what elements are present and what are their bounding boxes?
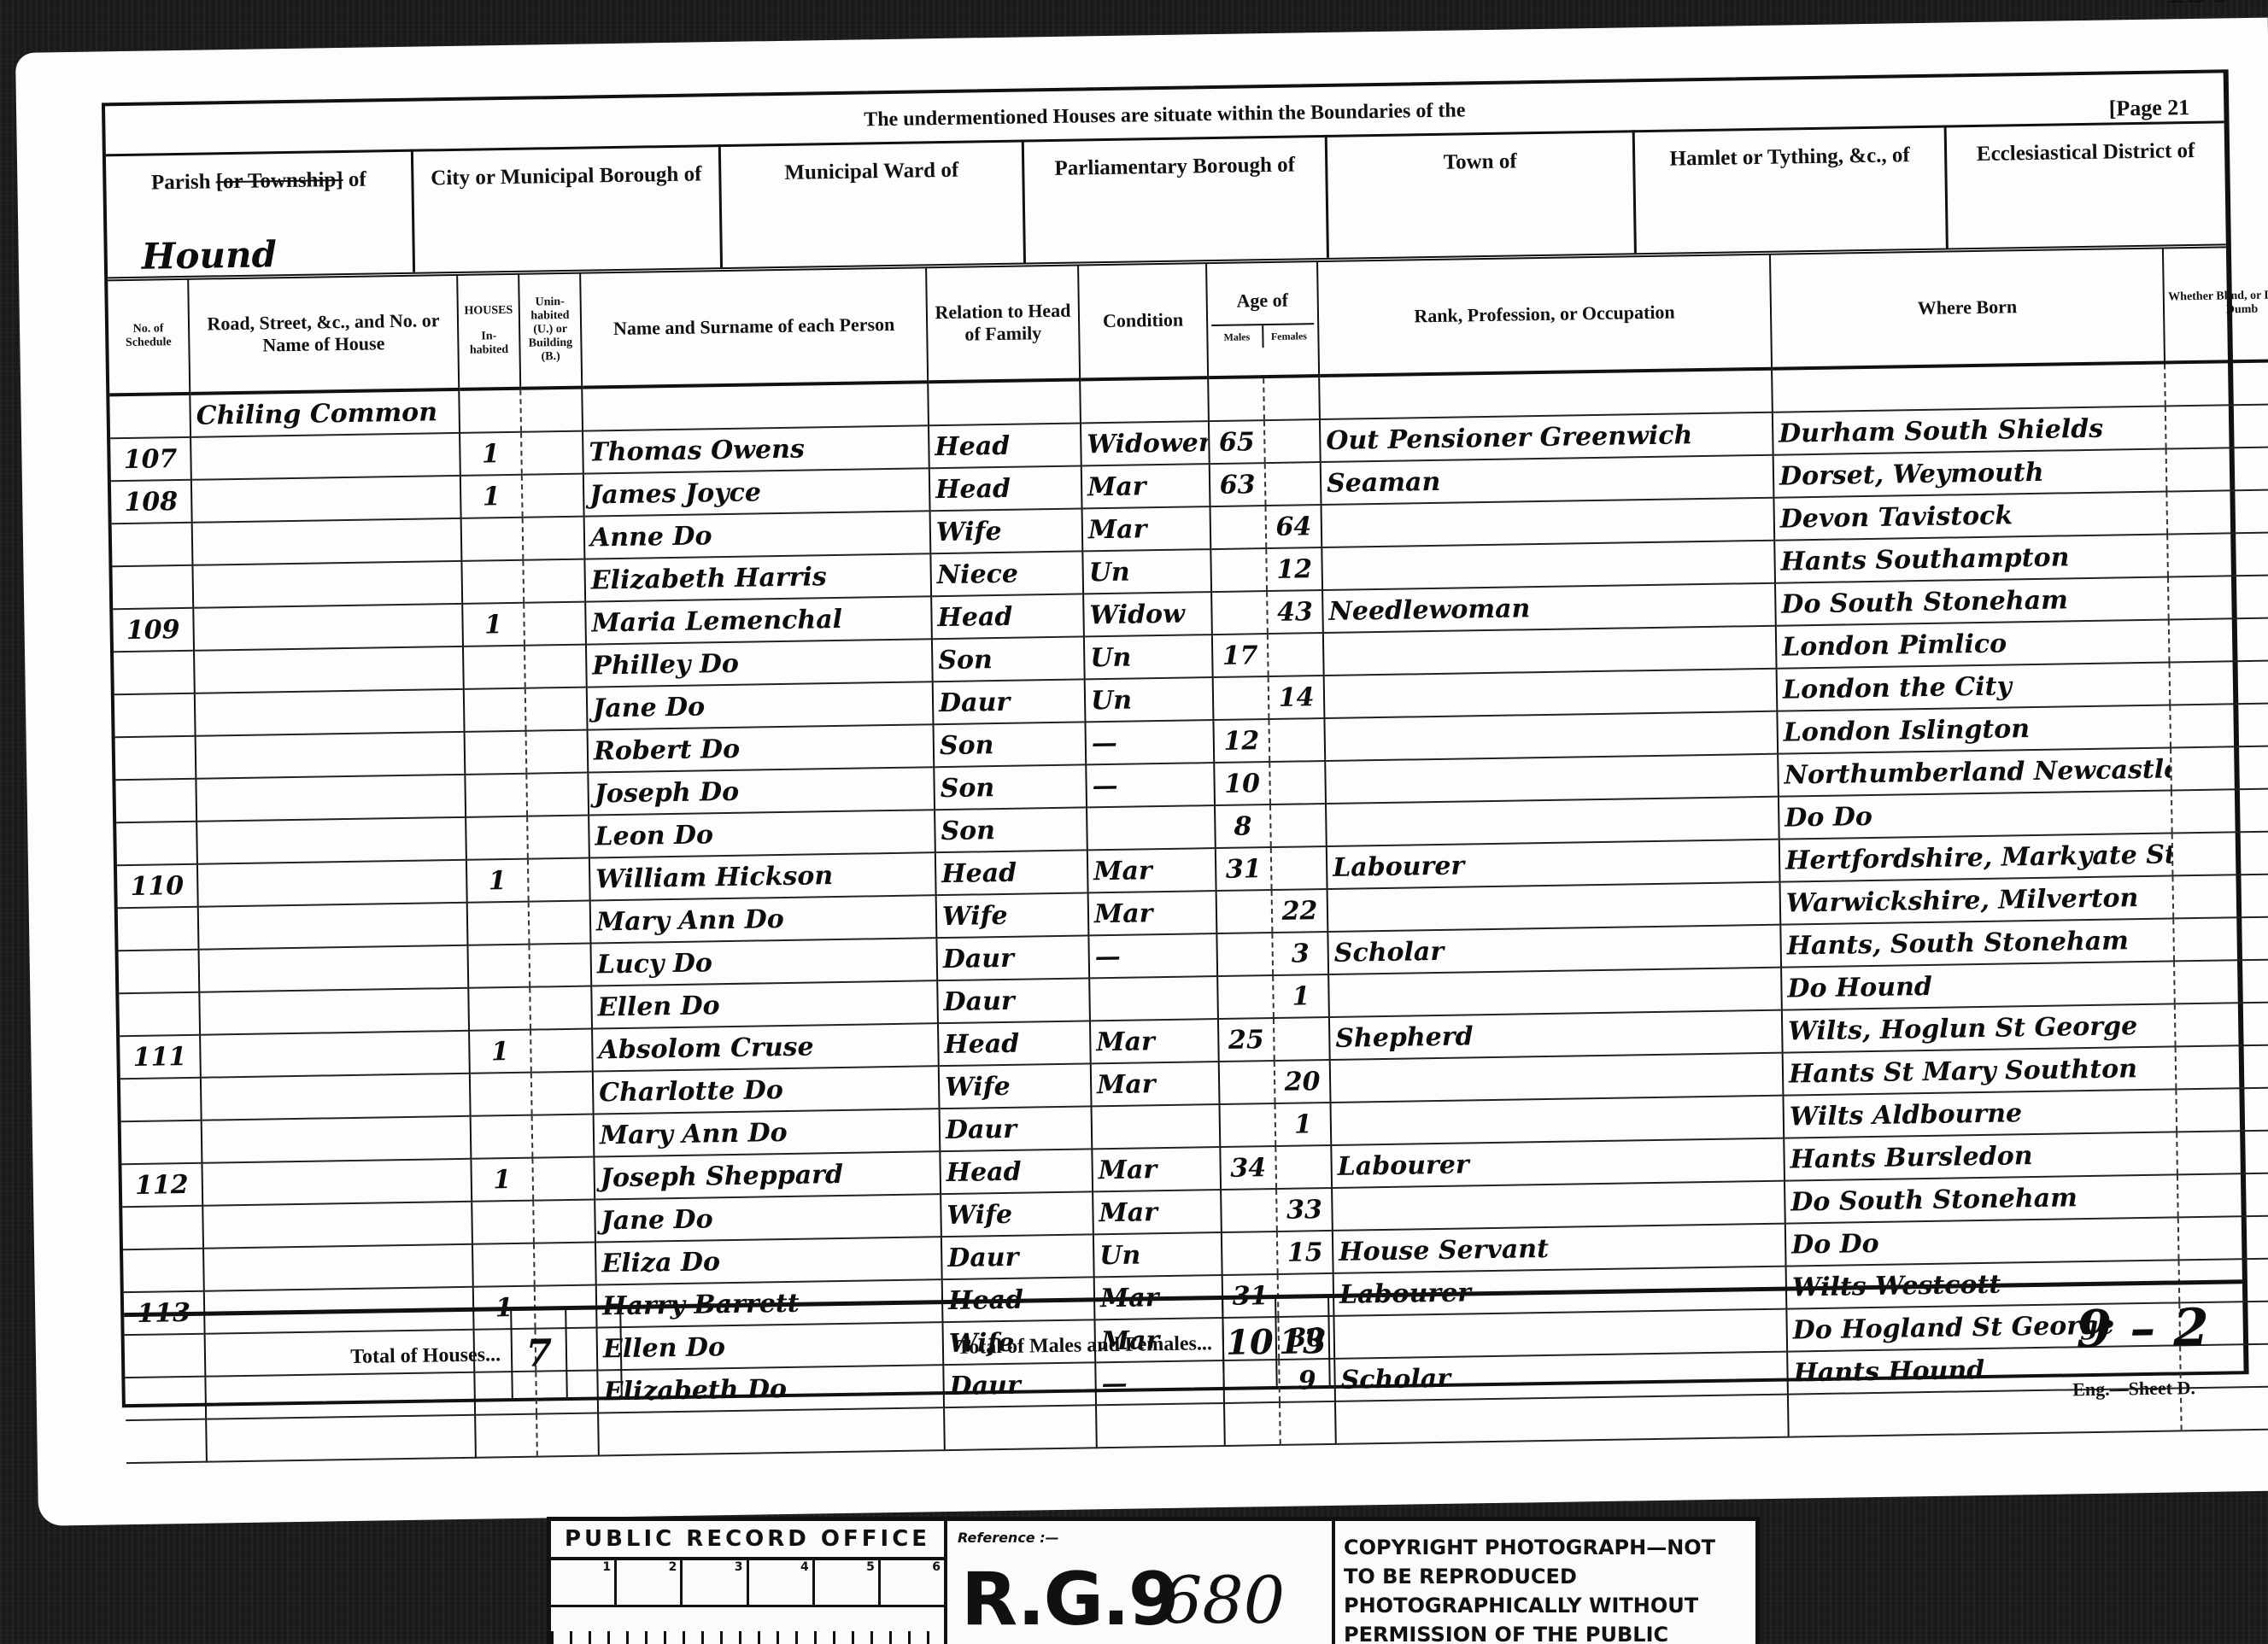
col-uninhabited: Unin-habited (U.) or Building (B.) (519, 273, 582, 389)
males-label: Males (1211, 325, 1263, 348)
road-cell (192, 561, 462, 608)
relation-cell: Son (935, 807, 1087, 852)
ecclesiastical-label: Ecclesiastical District of (1977, 139, 2195, 166)
road-cell (191, 476, 461, 523)
occupation-cell (1324, 669, 1778, 718)
inhabited-cell: 1 (460, 475, 523, 518)
schedule-cell: 109 (113, 608, 194, 652)
relation-cell: Head (929, 423, 1081, 468)
blind-cell (2170, 660, 2268, 705)
township-struck-label: [or Township] (216, 168, 343, 193)
occupation-cell (1328, 968, 1782, 1017)
female-age-cell (1268, 633, 1324, 676)
ruler-mark: 5 (815, 1560, 881, 1605)
road-cell (202, 1116, 472, 1163)
blind-cell (2170, 703, 2268, 748)
schedule-cell: 112 (121, 1163, 202, 1207)
relation-cell: Daur (937, 978, 1090, 1023)
name-cell: Absolom Cruse (592, 1023, 939, 1071)
schedule-cell (120, 1078, 202, 1121)
condition-cell: Un (1093, 1232, 1222, 1277)
ruler-ticks (551, 1607, 944, 1644)
relation-cell (944, 1405, 1097, 1450)
schedule-cell (118, 907, 199, 951)
female-age-cell: 14 (1269, 676, 1325, 719)
blind-cell (2173, 916, 2268, 962)
name-cell: Jane Do (595, 1194, 941, 1242)
city-label: City or Municipal Borough of (431, 162, 702, 190)
male-age-cell: 12 (1213, 719, 1269, 763)
total-males-value: 10 (1222, 1299, 1276, 1387)
female-age-cell (1275, 1145, 1332, 1189)
uninhabited-cell (529, 901, 591, 945)
uninhabited-cell (525, 645, 587, 688)
total-houses-label: Total of Houses... (125, 1343, 511, 1372)
uninhabited-cell (521, 431, 583, 475)
boundary-municipal-ward: Municipal Ward of (721, 139, 1026, 267)
inhabited-cell: 1 (460, 432, 522, 476)
occupation-cell: Needlewoman (1322, 583, 1776, 633)
females-label: Females (1263, 325, 1314, 348)
occupation-cell (1326, 797, 1779, 846)
female-age-cell: 1 (1275, 1103, 1332, 1146)
male-age-cell: 31 (1216, 847, 1272, 891)
boundary-parliamentary: Parliamentary Borough of (1024, 135, 1329, 263)
female-age-cell (1271, 846, 1327, 890)
occupation-cell: House Servant (1333, 1224, 1786, 1273)
male-age-cell: 63 (1210, 463, 1266, 506)
schedule-cell (116, 822, 197, 865)
boundary-hamlet: Hamlet or Tything, &c., of (1635, 126, 1949, 254)
male-age-cell: 25 (1218, 1018, 1275, 1062)
blind-cell (2178, 1215, 2268, 1261)
blind-cell (2175, 1002, 2268, 1047)
road-cell (196, 775, 466, 822)
uninhabited-cell (530, 1029, 593, 1073)
occupation-cell (1321, 498, 1774, 547)
female-age-cell: 12 (1266, 547, 1322, 591)
folio-number: 130 (2165, 0, 2232, 13)
condition-cell: Mar (1090, 1019, 1219, 1063)
pro-box: PUBLIC RECORD OFFICE 1 2 3 4 5 6 (551, 1521, 947, 1644)
relation-cell: Head (940, 1149, 1093, 1194)
road-cell (199, 988, 469, 1035)
occupation-cell: Labourer (1331, 1138, 1785, 1188)
census-page: 130 The undermentioned Houses are situat… (15, 18, 2268, 1526)
female-age-cell (1263, 376, 1320, 420)
female-age-cell (1269, 761, 1326, 804)
relation-cell: Son (934, 764, 1087, 810)
road-cell (195, 689, 465, 736)
boundary-town: Town of (1327, 130, 1637, 258)
ruler-mark: 1 (551, 1560, 617, 1605)
col-schedule: No. of Schedule (108, 279, 190, 395)
reference-code: R.G.9 (961, 1557, 1178, 1642)
schedule-cell (119, 950, 200, 993)
condition-cell: — (1088, 933, 1217, 978)
road-cell (192, 518, 462, 565)
inhabited-cell (463, 646, 525, 689)
ruler-mark: 2 (617, 1560, 683, 1605)
road-cell (197, 860, 467, 907)
schedule-cell (114, 651, 195, 694)
schedule-cell (114, 693, 196, 737)
where-born-cell: Hants Southampton (1774, 535, 2168, 583)
where-born-cell: Hants St Mary Southton (1783, 1046, 2177, 1095)
where-born-cell (1772, 363, 2165, 412)
condition-cell: Mar (1087, 848, 1216, 892)
occupation-cell (1332, 1181, 1785, 1231)
uninhabited-cell (536, 1413, 599, 1456)
occupation-cell (1330, 1096, 1784, 1145)
where-born-cell: Hants, South Stoneham (1780, 918, 2174, 967)
col-blind: Whether Blind, or Deaf-and-Dumb (2163, 246, 2268, 363)
road-cell (196, 732, 466, 779)
blind-cell (2165, 360, 2268, 407)
relation-cell: Wife (930, 508, 1083, 553)
condition-cell: Mar (1088, 891, 1217, 935)
inhabited-cell (472, 1243, 535, 1287)
schedule-cell: 110 (117, 864, 198, 908)
occupation-cell (1327, 882, 1781, 932)
where-born-cell: Northumberland Newcastle (1778, 747, 2171, 796)
uninhabited-cell (533, 1200, 595, 1243)
age-subheader: Males Females (1211, 323, 1314, 348)
boundary-parish: Parish [or Township] of Hound (106, 149, 415, 278)
hamlet-label: Hamlet or Tything, &c., of (1669, 143, 1910, 170)
female-age-cell: 15 (1277, 1231, 1333, 1274)
occupation-cell: Shepherd (1329, 1010, 1783, 1060)
where-born-cell: Hertfordshire, Markyate St (1779, 833, 2173, 881)
blind-cell (2167, 532, 2268, 577)
road-cell (202, 1202, 472, 1249)
piece-number: 680 (1161, 1562, 1285, 1638)
sheet-mark: Eng.—Sheet D. (2072, 1377, 2195, 1401)
name-cell (582, 382, 929, 430)
name-cell: Jane Do (587, 682, 934, 729)
relation-cell (928, 379, 1081, 425)
inhabited-cell (464, 688, 526, 732)
blind-cell (2172, 874, 2268, 919)
where-born-cell: London Pimlico (1776, 619, 2170, 668)
occupation-cell: Seaman (1321, 455, 1774, 505)
uninhabited-cell (520, 388, 583, 432)
male-age-cell (1219, 1061, 1275, 1104)
blind-cell (2176, 1044, 2268, 1090)
name-cell: Lucy Do (590, 938, 937, 986)
where-born-cell: Do Do (1785, 1217, 2179, 1266)
inhabited-cell (465, 774, 527, 817)
male-age-cell: 65 (1209, 420, 1265, 464)
male-age-cell: 10 (1214, 762, 1270, 805)
road-cell: Chiling Common (190, 389, 460, 437)
female-age-cell: 64 (1266, 505, 1322, 548)
male-age-cell (1211, 591, 1268, 635)
name-cell (598, 1407, 945, 1455)
relation-cell: Daur (941, 1234, 1094, 1279)
where-born-cell: Devon Tavistock (1773, 492, 2167, 541)
blind-cell (2165, 404, 2268, 449)
road-cell (202, 1159, 472, 1206)
reference-label: Reference :— (958, 1530, 1059, 1546)
relation-cell: Daur (933, 679, 1086, 724)
uninhabited-cell (529, 944, 591, 987)
road-cell (201, 1074, 471, 1120)
name-cell: Joseph Do (588, 767, 935, 815)
uninhabited-cell (530, 986, 592, 1030)
occupation-cell (1325, 754, 1779, 804)
schedule-cell (115, 736, 196, 780)
inhabited-cell (475, 1414, 537, 1458)
relation-cell: Daur (936, 935, 1089, 980)
name-cell: Mary Ann Do (590, 895, 937, 943)
occupation-cell: Labourer (1327, 840, 1780, 889)
male-age-cell (1220, 1103, 1276, 1147)
road-cell (198, 903, 468, 950)
boundary-ecclesiastical: Ecclesiastical District of (1947, 120, 2226, 248)
uninhabited-cell (534, 1243, 596, 1286)
occupation-cell (1319, 369, 1773, 419)
ruler-mark: 4 (749, 1560, 815, 1605)
inhabited-cell (467, 902, 530, 945)
where-born-cell: Warwickshire, Milverton (1780, 875, 2174, 924)
uninhabited-cell (532, 1115, 595, 1158)
where-born-cell: Dorset, Weymouth (1773, 449, 2167, 498)
male-age-cell (1216, 890, 1273, 933)
occupation-cell: Scholar (1327, 925, 1781, 974)
relation-cell: Daur (940, 1106, 1093, 1151)
female-age-cell (1274, 1017, 1330, 1061)
schedule-cell: 108 (111, 480, 192, 524)
total-houses-value: 7 (510, 1310, 568, 1398)
schedule-cell (123, 1249, 204, 1292)
name-cell: Charlotte Do (593, 1066, 940, 1114)
relation-cell: Head (929, 465, 1082, 511)
col-occupation: Rank, Profession, or Occupation (1317, 254, 1772, 376)
blind-cell (2171, 746, 2268, 791)
inhabited-cell (472, 1201, 534, 1244)
condition-cell: — (1086, 763, 1215, 807)
name-cell: Ellen Do (591, 980, 938, 1028)
banner-text: The undermentioned Houses are situate wi… (864, 99, 1466, 131)
name-cell: James Joyce (583, 468, 930, 516)
blind-cell (2168, 575, 2268, 620)
pro-ruler: 1 2 3 4 5 6 (551, 1560, 944, 1607)
female-age-cell (1264, 419, 1321, 463)
name-cell: Anne Do (584, 511, 931, 559)
uninhabited-cell (526, 773, 589, 816)
inhabited-cell (461, 560, 524, 604)
inhabited-cell (470, 1073, 532, 1116)
road-cell (206, 1415, 476, 1462)
relation-cell: Wife (941, 1191, 1093, 1237)
census-form: The undermentioned Houses are situate wi… (102, 69, 2249, 1407)
inhabited-cell (465, 731, 527, 775)
road-cell (193, 604, 463, 651)
schedule-cell (119, 992, 200, 1036)
occupation-cell (1335, 1395, 1789, 1444)
inhabited-cell: 1 (471, 1158, 533, 1202)
inhabited-cell: 1 (462, 603, 525, 646)
where-born-cell: London Islington (1777, 705, 2171, 753)
female-age-cell: 1 (1273, 974, 1329, 1018)
census-table: No. of Schedule Road, Street, &c., and N… (108, 246, 2268, 1464)
blind-cell (2177, 1173, 2268, 1218)
road-cell (203, 1244, 473, 1291)
condition-cell: — (1085, 720, 1214, 764)
total-females-value: 13 (1275, 1298, 1331, 1386)
occupation-cell (1323, 626, 1777, 676)
houses-group-label: HOUSES (462, 304, 515, 319)
schedule-cell: 107 (110, 437, 191, 481)
name-cell: Thomas Owens (583, 425, 929, 473)
female-age-cell (1270, 804, 1327, 847)
schedule-cell (122, 1206, 203, 1249)
condition-cell: Mar (1081, 464, 1210, 508)
road-cell (194, 646, 464, 693)
total-persons-label: Total of Males and Females... (622, 1331, 1222, 1364)
where-born-cell: Wilts, Hoglun St George (1782, 1003, 2176, 1052)
inhabited-label: In-habited (462, 330, 515, 358)
blind-cell (2172, 831, 2268, 876)
name-cell: Elizabeth Harris (584, 553, 931, 601)
inhabited-cell (468, 987, 530, 1031)
col-inhabited: HOUSES In-habited (457, 274, 520, 389)
condition-cell: Widow (1083, 592, 1212, 636)
relation-cell: Wife (939, 1063, 1092, 1109)
male-age-cell (1208, 377, 1264, 421)
col-age: Age of Males Females (1206, 261, 1319, 377)
female-age-cell: 43 (1267, 590, 1323, 634)
inhabited-cell: 1 (466, 859, 529, 903)
col-where-born: Where Born (1770, 249, 2165, 369)
male-age-cell (1213, 676, 1269, 720)
female-age-cell (1265, 462, 1322, 506)
female-age-cell (1269, 718, 1325, 762)
inhabited-cell (461, 518, 524, 561)
schedule-cell (121, 1120, 202, 1164)
occupation-cell (1322, 541, 1775, 590)
name-cell: Leon Do (589, 810, 935, 857)
pro-title: PUBLIC RECORD OFFICE (551, 1521, 944, 1560)
name-cell: Mary Ann Do (594, 1109, 941, 1156)
col-name: Name and Surname of each Person (580, 267, 928, 387)
uninhabited-cell (523, 517, 585, 560)
name-cell: Eliza Do (595, 1237, 942, 1284)
relation-cell: Head (931, 594, 1084, 639)
male-age-cell (1210, 506, 1267, 549)
road-cell (190, 433, 460, 480)
uninhabited-cell (522, 474, 584, 518)
ruler-mark: 3 (683, 1560, 748, 1605)
uninhabited-cell (524, 602, 586, 646)
blind-cell (2166, 489, 2268, 535)
female-age-cell: 20 (1275, 1060, 1331, 1103)
female-age-cell: 33 (1276, 1188, 1333, 1232)
where-born-cell: Do Hound (1781, 961, 2175, 1009)
male-age-cell: 17 (1212, 634, 1269, 677)
blind-cell (2176, 1087, 2268, 1132)
occupation-cell (1330, 1053, 1784, 1103)
schedule-cell (126, 1419, 207, 1463)
relation-cell: Son (932, 636, 1085, 682)
condition-cell: Mar (1093, 1190, 1222, 1234)
blind-cell (2177, 1130, 2268, 1175)
condition-cell (1096, 1403, 1225, 1448)
male-age-cell: 34 (1220, 1146, 1276, 1190)
uninhabited-cell (527, 816, 589, 859)
female-age-cell (1280, 1401, 1336, 1445)
parish-label: Parish (151, 170, 216, 194)
male-age-cell: 8 (1215, 804, 1271, 848)
uninhabited-cell (528, 858, 590, 902)
road-cell (199, 945, 469, 992)
blind-cell (2174, 959, 2268, 1004)
condition-cell (1092, 1104, 1221, 1149)
copyright-notice: COPYRIGHT PHOTOGRAPH—NOT TO BE REPRODUCE… (1335, 1521, 1755, 1644)
name-cell: William Hickson (589, 852, 936, 900)
name-cell: Robert Do (588, 724, 935, 772)
name-cell: Philley Do (586, 639, 933, 687)
male-age-cell (1216, 933, 1273, 976)
relation-cell: Head (935, 850, 1088, 895)
where-born-cell: Do South Stoneham (1785, 1174, 2178, 1223)
relation-cell: Son (933, 722, 1086, 767)
male-age-cell (1224, 1402, 1281, 1446)
col-condition: Condition (1078, 263, 1208, 379)
blind-cell (2171, 788, 2268, 834)
inhabited-cell (459, 389, 521, 433)
condition-cell (1080, 377, 1209, 423)
condition-cell: Un (1085, 677, 1214, 722)
road-cell (196, 817, 466, 864)
male-age-cell (1217, 975, 1274, 1019)
female-age-cell: 22 (1272, 889, 1328, 933)
relation-cell: Niece (930, 551, 1083, 596)
condition-cell: Un (1084, 635, 1213, 679)
condition-cell: Mar (1091, 1062, 1220, 1106)
ward-label: Municipal Ward of (784, 159, 958, 184)
schedule-cell (109, 394, 190, 438)
inhabited-cell (467, 945, 530, 988)
uninhabited-cell (526, 730, 589, 774)
schedule-cell: 111 (120, 1035, 201, 1079)
col-road: Road, Street, &c., and No. or Name of Ho… (188, 275, 459, 394)
col-relation: Relation to Head of Family (926, 265, 1080, 382)
occupation-cell (1324, 711, 1778, 761)
schedule-cell (112, 523, 193, 566)
ruler-mark: 6 (881, 1560, 944, 1605)
name-cell: Maria Lemenchal (585, 596, 932, 644)
schedule-cell (115, 779, 196, 822)
uninhabited-cell (532, 1157, 595, 1201)
inhabited-cell: 1 (469, 1030, 531, 1074)
occupation-cell: Out Pensioner Greenwich (1320, 412, 1773, 462)
uninhabited-cell (531, 1072, 594, 1115)
parliamentary-label: Parliamentary Borough of (1054, 153, 1295, 179)
where-born-cell: Durham South Shields (1773, 407, 2166, 455)
parish-label-suffix: of (343, 168, 366, 191)
road-cell (200, 1031, 470, 1078)
condition-cell (1089, 976, 1218, 1021)
uninhabited-cell (523, 559, 585, 603)
relation-cell: Head (938, 1021, 1091, 1066)
condition-cell: Widower (1081, 421, 1210, 465)
uninhabited-cell (525, 687, 588, 731)
inhabited-cell (471, 1115, 533, 1159)
where-born-cell: London the City (1777, 662, 2171, 711)
inhabited-cell (466, 816, 528, 860)
